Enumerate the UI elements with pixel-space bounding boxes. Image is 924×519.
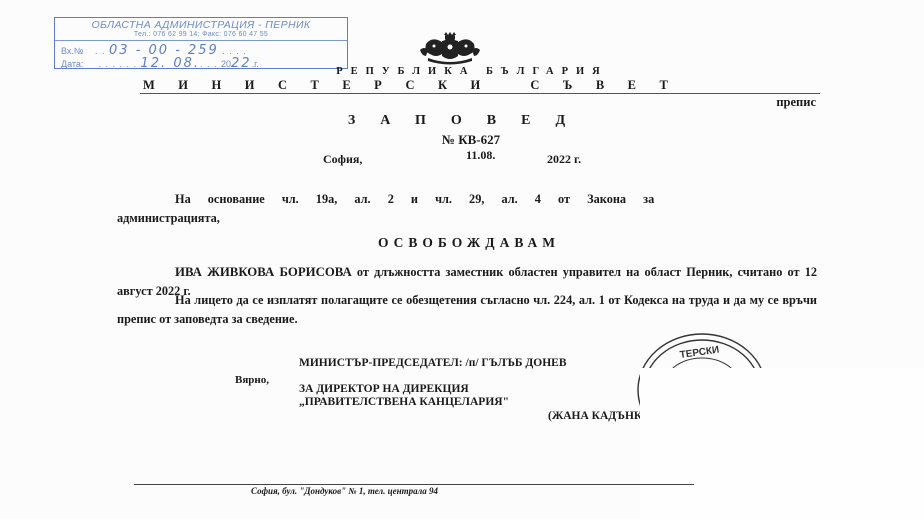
copy-mark: препис	[776, 95, 816, 110]
redaction-overlay	[640, 368, 924, 519]
order-number: № КВ-627	[0, 132, 924, 148]
legal-basis-line1: На основание чл. 19а, ал. 2 и чл. 29, ал…	[175, 192, 654, 206]
footer-address: София, бул. "Дондуков" № 1, тел. централ…	[251, 486, 438, 496]
seal-text-top: ТЕРСКИ	[679, 345, 720, 361]
stamp-contacts: Тел.: 076 62 99 14; Факс: 076 60 47 55	[55, 31, 347, 38]
letterhead-council: МИНИСТЕРСКИ СЪВЕТ	[143, 78, 783, 93]
stamp-divider	[55, 40, 347, 41]
order-title: ЗАПОВЕД	[0, 113, 924, 129]
order-year: 2022 г.	[547, 152, 581, 167]
letterhead-republic: РЕПУБЛИКА БЪЛГАРИЯ	[0, 66, 924, 77]
legal-basis-line2: администрацията,	[117, 211, 220, 225]
letterhead-rule	[140, 93, 820, 94]
stamp-organization: ОБЛАСТНА АДМИНИСТРАЦИЯ - ПЕРНИК	[55, 19, 347, 31]
order-date: 11.08.	[466, 148, 495, 163]
true-copy-label: Вярно,	[235, 374, 269, 386]
order-place: София,	[323, 152, 362, 167]
legal-basis-paragraph: На основание чл. 19а, ал. 2 и чл. 29, ал…	[117, 190, 817, 228]
stamp-incoming-label: Вх.№	[61, 46, 95, 56]
footer-rule	[134, 484, 694, 485]
coat-of-arms-icon	[418, 32, 482, 66]
director-line2: „ПРАВИТЕЛСТВЕНА КАНЦЕЛАРИЯ"	[299, 396, 509, 408]
decision-verb: ОСВОБОЖДАВАМ	[0, 235, 924, 251]
prime-minister-signature: МИНИСТЪР-ПРЕДСЕДАТЕЛ: /п/ ГЪЛЪБ ДОНЕВ	[299, 357, 567, 369]
scanned-order-document: ОБЛАСТНА АДМИНИСТРАЦИЯ - ПЕРНИК Тел.: 07…	[0, 0, 924, 519]
released-person-name: ИВА ЖИВКОВА БОРИСОВА	[175, 265, 352, 279]
registration-stamp: ОБЛАСТНА АДМИНИСТРАЦИЯ - ПЕРНИК Тел.: 07…	[54, 17, 348, 69]
director-line1: ЗА ДИРЕКТОР НА ДИРЕКЦИЯ	[299, 383, 469, 395]
